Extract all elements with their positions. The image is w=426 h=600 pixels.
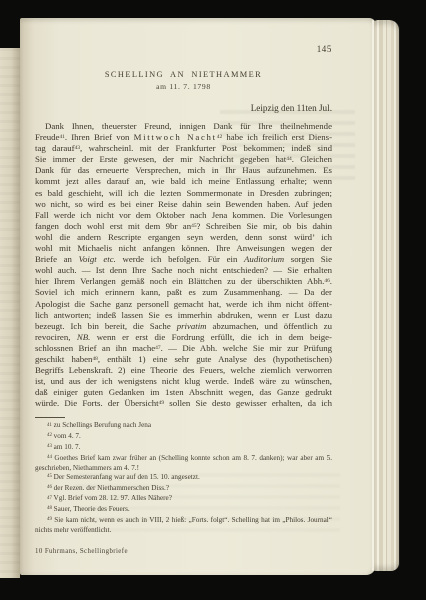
- page-number: 145: [35, 44, 332, 56]
- text-run: bezeugt. Ich bin bereit, die Sache: [35, 321, 177, 331]
- signature-mark: 10 Fuhrmans, Schellingbriefe: [35, 548, 332, 555]
- footnote-number: 45: [47, 474, 52, 479]
- footnote-number: 41: [47, 423, 52, 428]
- letterspaced-text: Mittwoch Nacht: [134, 132, 217, 142]
- text-run: wohl auch. — Ist denn Ihre Sache noch ni…: [35, 265, 332, 275]
- footnote-ref: 41: [59, 134, 64, 140]
- footnote-text: Vgl. Brief vom 28. 12. 97. Alles Nähere?: [52, 494, 172, 502]
- body-line: kommt jezt alles darauf an, wie bald ich…: [35, 176, 332, 187]
- text-run: daß einiger guten Gedanken im 1sten Absc…: [35, 387, 332, 397]
- body-line: tag darauf43, wahrscheinl. mit der Frank…: [35, 143, 332, 154]
- text-run: geschikt haben: [35, 354, 92, 364]
- text-run: werde ich befolgen. Für ein: [116, 254, 244, 264]
- text-run: Freude: [35, 132, 59, 142]
- footnote-ref: 47: [155, 345, 160, 351]
- body-line: lich antworten; indeß lassen Sie es imme…: [35, 310, 332, 321]
- book-photo: 145 SCHELLING AN NIETHAMMER am 11. 7. 17…: [0, 0, 426, 600]
- adjacent-page-edge: [0, 48, 20, 578]
- footnote-text: vom 4. 7.: [52, 432, 81, 440]
- text-run: , wahrscheinl. mit der Frankfurter Post …: [80, 143, 332, 153]
- text-run: fangen doch wohl erst mit dem 9br an: [35, 221, 191, 231]
- text-run: Dank Ihnen, theuerster Freund, innigen D…: [45, 121, 332, 131]
- footnote-ref: 45: [191, 223, 196, 229]
- text-run: .: [330, 276, 332, 286]
- footnote-number: 43: [47, 444, 52, 449]
- footnote-text: Sauer, Theorie des Feuers.: [52, 505, 130, 513]
- text-run: tag darauf: [35, 143, 75, 153]
- body-line: geschikt haben48, enthält 1) eine sehr g…: [35, 354, 332, 365]
- footnote-ref: 48: [92, 356, 97, 362]
- body-line: wohl auch. — Ist denn Ihre Sache noch ni…: [35, 265, 332, 276]
- text-run: Begriffs Lebenskraft. 2) eine Theorie de…: [35, 365, 332, 375]
- text-run: . Gleichen: [292, 154, 332, 164]
- footnote-number: 49: [47, 517, 52, 522]
- footnote-text: der Rezen. der Niethammerschen Diss.?: [52, 484, 169, 492]
- footnote: 47 Vgl. Brief vom 28. 12. 97. Alles Nähe…: [35, 494, 332, 505]
- footnote-number: 48: [47, 506, 52, 511]
- text-run: Dank für das erneuerte Versprechen, mich…: [35, 165, 332, 175]
- body-line: Fall werde ich nicht vor dem Oktober nac…: [35, 210, 332, 221]
- footnote-text: Sie kam nicht, wenn es auch in VIII, 2 h…: [35, 516, 332, 535]
- body-line: hier Ihrem Verlangen gemäß noch ein Blät…: [35, 276, 332, 287]
- text-run: Briefe an: [35, 254, 79, 264]
- footnote-text: Der Semesteranfang war auf den 15. 10. a…: [52, 473, 200, 481]
- text-run: wenn er erst die Fordrung erfüllt, die i…: [90, 332, 332, 342]
- body-line: Briefe an Voigt etc. werde ich befolgen.…: [35, 254, 332, 265]
- italic-text: NB.: [77, 332, 90, 342]
- text-run: revociren,: [35, 332, 77, 342]
- footnote-ref: 46: [324, 278, 329, 284]
- letter-date-heading: am 11. 7. 1798: [35, 82, 332, 92]
- footnotes: 41 zu Schellings Berufung nach Jena42 vo…: [35, 421, 332, 535]
- footnote: 44 Goethes Brief kam zwar früher an (Sch…: [35, 454, 332, 473]
- footnote-rule: [35, 417, 65, 418]
- italic-text: Voigt etc.: [79, 254, 116, 264]
- body-line: Apologist die Sache ganz personell gemac…: [35, 299, 332, 310]
- text-run: . — Die Abh. welche Sie mir zur Prüfung: [161, 343, 332, 353]
- text-run: schlossnen Brief an ihn mache: [35, 343, 155, 353]
- italic-text: privatim: [177, 321, 207, 331]
- footnote: 46 der Rezen. der Niethammerschen Diss.?: [35, 484, 332, 495]
- text-run: sorgen Sie: [284, 254, 332, 264]
- text-run: lich antworten; indeß lassen Sie es imme…: [35, 310, 332, 320]
- letter-heading: SCHELLING AN NIETHAMMER: [35, 70, 332, 81]
- footnote-number: 42: [47, 433, 52, 438]
- text-run: Fall werde ich nicht vor dem Oktober nac…: [35, 210, 332, 220]
- body-line: ist, und aus der ich wenigstens nicht kl…: [35, 376, 332, 387]
- text-run: wohl mit Michaelis nicht anfangen können…: [35, 243, 332, 253]
- body-line: revociren, NB. wenn er erst die Fordrung…: [35, 332, 332, 343]
- footnote: 48 Sauer, Theorie des Feuers.: [35, 505, 332, 516]
- body-line: würde. Die Forts. der Übersicht49 sollen…: [35, 398, 332, 409]
- footnote-text: am 10. 7.: [52, 443, 81, 451]
- footnote-number: 44: [47, 455, 52, 460]
- text-run: . Ihren Brief von: [65, 132, 134, 142]
- body-line: Sie immer der Erste gewesen, der mir Nac…: [35, 154, 332, 165]
- text-run: ? Schreiben Sie mir, ob bis dahin: [197, 221, 332, 231]
- footnote-ref: 43: [75, 145, 80, 151]
- text-run: ist, und aus der ich wenigstens nicht kl…: [35, 376, 332, 386]
- text-run: wohl die andern Rescripte ergangen seyn …: [35, 232, 332, 242]
- body-line: fangen doch wohl erst mit dem 9br an45? …: [35, 221, 332, 232]
- text-run: hier Ihrem Verlangen gemäß noch ein Blät…: [35, 276, 324, 286]
- text-run: wo nicht, so wird es bei einer Reise dah…: [35, 199, 332, 209]
- body-line: bezeugt. Ich bin bereit, die Sache priva…: [35, 321, 332, 332]
- footnote-text: Goethes Brief kam zwar früher an (Schell…: [35, 454, 332, 473]
- text-run: , enthält 1) eine sehr gute Analyse des …: [98, 354, 332, 364]
- body-line: es bald geschieht, will ich die lezten S…: [35, 188, 332, 199]
- footnote: 42 vom 4. 7.: [35, 432, 332, 443]
- book-page: 145 SCHELLING AN NIETHAMMER am 11. 7. 17…: [20, 18, 376, 575]
- text-run: es bald geschieht, will ich die lezten S…: [35, 188, 332, 198]
- page-content: 145 SCHELLING AN NIETHAMMER am 11. 7. 17…: [35, 44, 332, 555]
- text-run: würde. Die Forts. der Übersicht: [35, 398, 159, 408]
- body-line: schlossnen Brief an ihn mache47. — Die A…: [35, 343, 332, 354]
- letter-body: Dank Ihnen, theuerster Freund, innigen D…: [35, 121, 332, 409]
- body-line: daß einiger guten Gedanken im 1sten Absc…: [35, 387, 332, 398]
- place-dateline: Leipzig den 11ten Jul.: [35, 103, 332, 115]
- body-line: Begriffs Lebenskraft. 2) eine Theorie de…: [35, 365, 332, 376]
- body-line: Freude41. Ihren Brief von Mittwoch Nacht…: [35, 132, 332, 143]
- footnote: 45 Der Semesteranfang war auf den 15. 10…: [35, 473, 332, 484]
- footnote-number: 47: [47, 496, 52, 501]
- text-run: sollen Sie desto gewisser erhalten, da i…: [164, 398, 332, 408]
- footnote-ref: 49: [159, 400, 164, 406]
- text-run: habe ich freilich erst Diens-: [222, 132, 332, 142]
- page-block-fore-edge: [372, 20, 399, 571]
- body-line: wohl mit Michaelis nicht anfangen können…: [35, 243, 332, 254]
- footnote: 49 Sie kam nicht, wenn es auch in VIII, …: [35, 516, 332, 535]
- footnote-ref: 44: [286, 156, 291, 162]
- body-line: wohl die andern Rescripte ergangen seyn …: [35, 232, 332, 243]
- body-line: wo nicht, so wird es bei einer Reise dah…: [35, 199, 332, 210]
- page-edge-highlight: [372, 20, 374, 571]
- body-line: Soviel ich mich erinnern kann, paßt es z…: [35, 287, 332, 298]
- footnote: 43 am 10. 7.: [35, 443, 332, 454]
- text-run: Soviel ich mich erinnern kann, paßt es z…: [35, 287, 332, 297]
- text-run: Sie immer der Erste gewesen, der mir Nac…: [35, 154, 286, 164]
- footnote-number: 46: [47, 485, 52, 490]
- footnote-ref: 42: [217, 134, 222, 140]
- text-run: kommt jezt alles darauf an, wie bald ich…: [35, 176, 332, 186]
- footnote: 41 zu Schellings Berufung nach Jena: [35, 421, 332, 432]
- footnote-text: zu Schellings Berufung nach Jena: [52, 421, 151, 429]
- body-line: Dank für das erneuerte Versprechen, mich…: [35, 165, 332, 176]
- text-run: Apologist die Sache ganz personell gemac…: [35, 299, 332, 309]
- body-line: Dank Ihnen, theuerster Freund, innigen D…: [35, 121, 332, 132]
- text-run: abzumachen, und öffentlich zu: [207, 321, 332, 331]
- italic-text: Auditorium: [244, 254, 284, 264]
